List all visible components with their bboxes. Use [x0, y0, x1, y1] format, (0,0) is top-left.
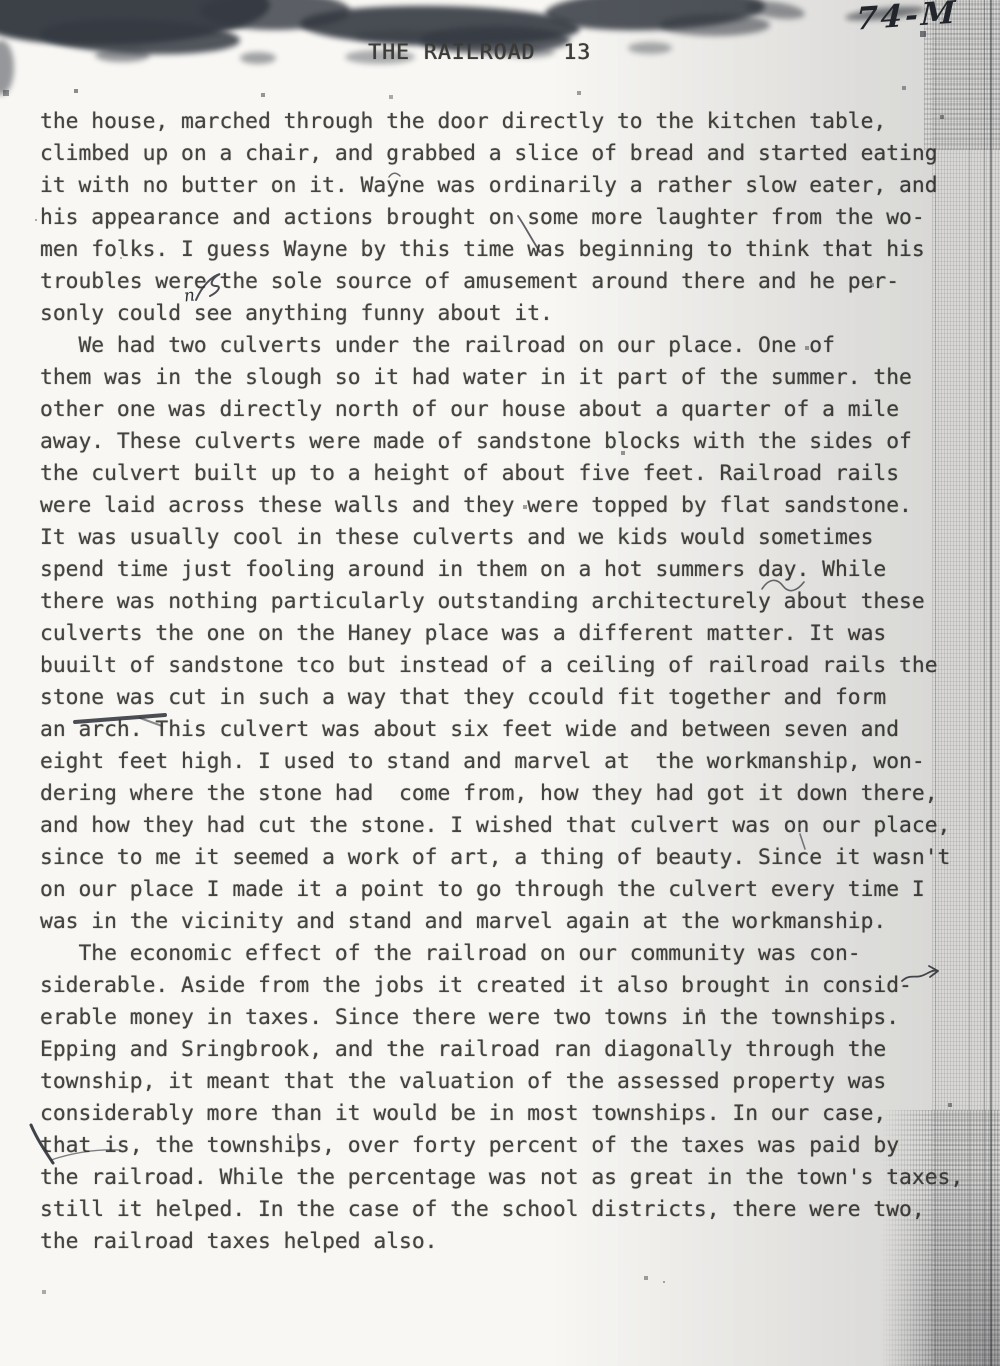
typed-line: it with no butter on it. Wayne was ordin… [40, 170, 980, 202]
scan-streak-line [990, 0, 992, 1366]
typed-line: climbed up on a chair, and grabbed a sli… [40, 138, 980, 170]
typed-line: an arch. This culvert was about six feet… [40, 714, 980, 746]
ink-blob [240, 52, 276, 64]
typed-line: men folks. I guess Wayne by this time wa… [40, 234, 980, 266]
typed-line: the railroad taxes helped also. [40, 1226, 980, 1258]
handwritten-insertion-letter: n [183, 285, 196, 306]
typed-line: there was nothing particularly outstandi… [40, 586, 980, 618]
typed-line: The economic effect of the railroad on o… [40, 938, 980, 970]
typed-line: that is, the townships, over forty perce… [40, 1130, 980, 1162]
typed-line: still it helped. In the case of the scho… [40, 1194, 980, 1226]
typed-line: was in the vicinity and stand and marvel… [40, 906, 980, 938]
typed-line: other one was directly north of our hous… [40, 394, 980, 426]
typed-line: and how they had cut the stone. I wished… [40, 810, 980, 842]
typed-line: the house, marched through the door dire… [40, 106, 980, 138]
typed-line: his appearance and actions brought on so… [40, 202, 980, 234]
typed-line: dering where the stone had come from, ho… [40, 778, 980, 810]
typed-line: eight feet high. I used to stand and mar… [40, 746, 980, 778]
ink-blob [628, 42, 672, 54]
typed-line: sonly could see anything funny about it. [40, 298, 980, 330]
typed-line: the culvert built up to a height of abou… [40, 458, 980, 490]
typed-line: It was usually cool in these culverts an… [40, 522, 980, 554]
scan-streak-line [984, 0, 985, 1366]
typed-line: since to me it seemed a work of art, a t… [40, 842, 980, 874]
toner-specks [0, 0, 2, 2]
typed-line: the railroad. While the percentage was n… [40, 1162, 980, 1194]
typed-line: troubles were the sole source of amuseme… [40, 266, 980, 298]
typed-line: on our place I made it a point to go thr… [40, 874, 980, 906]
typed-line: township, it meant that the valuation of… [40, 1066, 980, 1098]
page-title: THE RAILROAD 13 [368, 40, 591, 65]
scanned-document-page: THE RAILROAD 13 74-M the house, marched … [0, 0, 1000, 1366]
typed-line: We had two culverts under the railroad o… [40, 330, 980, 362]
ink-blob [95, 48, 150, 62]
typed-line: them was in the slough so it had water i… [40, 362, 980, 394]
typed-line: considerably more than it would be in mo… [40, 1098, 980, 1130]
typed-line: were laid across these walls and they we… [40, 490, 980, 522]
typed-line: spend time just fooling around in them o… [40, 554, 980, 586]
typed-line: culverts the one on the Haney place was … [40, 618, 980, 650]
typed-line: siderable. Aside from the jobs it create… [40, 970, 980, 1002]
typed-line: stone was cut in such a way that they cc… [40, 682, 980, 714]
typed-line: Epping and Sringbrook, and the railroad … [40, 1034, 980, 1066]
typed-line: erable money in taxes. Since there were … [40, 1002, 980, 1034]
ink-blob [0, 40, 14, 95]
typed-body-text: the house, marched through the door dire… [40, 106, 980, 1258]
ink-blob [660, 14, 770, 36]
typed-line: buuilt of sandstone tco but instead of a… [40, 650, 980, 682]
typed-line: away. These culverts were made of sandst… [40, 426, 980, 458]
